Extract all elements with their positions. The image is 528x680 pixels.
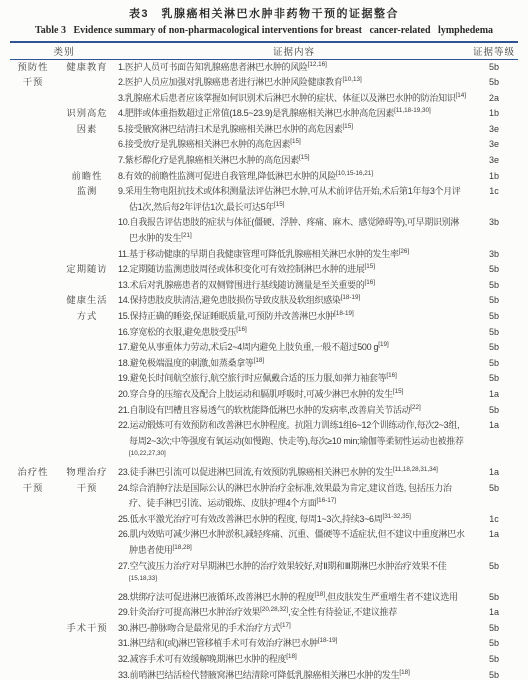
reference-superscript: [16-17] bbox=[316, 497, 336, 504]
evidence-cell: 11.基于移动健康的早期自我健康管理可降低乳腺癌相关淋巴水肿的发生率[26] bbox=[118, 247, 470, 263]
evidence-text: 17.避免从事重体力劳动,术后2~4周内避免上肢负重,一般不超过500 g[19… bbox=[118, 340, 467, 356]
evidence-level-cell: 5b bbox=[470, 340, 518, 356]
evidence-cell: 32.减容手术可有效缓解晚期淋巴水肿的程度[18] bbox=[118, 652, 470, 668]
evidence-cell: 1.医护人员可书面告知乳腺癌患者淋巴水肿的风险[12,16] bbox=[118, 59, 470, 75]
evidence-level-cell: 5b bbox=[470, 481, 518, 512]
evidence-level-cell: 3e bbox=[470, 153, 518, 169]
reference-superscript: [18] bbox=[315, 591, 326, 598]
evidence-text: 23.徒手淋巴引流可以促进淋巴回流,有效预防乳腺癌相关淋巴水肿的发生[11,18… bbox=[118, 465, 467, 481]
evidence-cell: 2.医护人员应加强对乳腺癌患者进行淋巴水肿风险健康教育[10,13] bbox=[118, 75, 470, 91]
evidence-cell: 9.采用生物电阻抗技术或体积测量法评估淋巴水肿,可从术前评估开始,术后第1年每3… bbox=[118, 184, 470, 215]
evidence-level-cell: 5b bbox=[470, 356, 518, 372]
page-title-english: Table 3 Evidence summary of non-pharmaco… bbox=[0, 25, 528, 36]
evidence-text: 22.运动锻炼可有效预防和改善淋巴水肿程度。抗阻力训练1组6~12个训练动作,每… bbox=[118, 418, 467, 465]
evidence-level-cell: 5b bbox=[470, 559, 518, 590]
evidence-level-cell: 1c bbox=[470, 512, 518, 528]
evidence-cell: 31.淋巴结和(或)淋巴管移植手术可有效治疗淋巴水肿[18-19] bbox=[118, 636, 470, 652]
reference-superscript: [14] bbox=[456, 92, 467, 99]
evidence-table: 类别 证据内容 证据等级 预防性 干预健康教育1.医护人员可书面告知乳腺癌患者淋… bbox=[10, 41, 518, 680]
subcategory-cell: 前瞻性 监测 bbox=[56, 169, 118, 263]
evidence-text: 12.定期随访监测患肢周径或体积变化可有效控制淋巴水肿的进展[15] bbox=[118, 262, 467, 278]
evidence-cell: 20.穿合身的压缩衣及配合上肢运动和膈肌呼吸时,可减少淋巴水肿的发生[15] bbox=[118, 387, 470, 403]
reference-superscript: [11,18,28,31,34] bbox=[393, 466, 438, 473]
evidence-text: 30.淋巴-静脉吻合是最常见的手术治疗方式[17] bbox=[118, 621, 467, 637]
evidence-text: 28.烘绑疗法可促进淋巴液循环,改善淋巴水肿的程度[18],但皮肤发生严重增生者… bbox=[118, 590, 467, 606]
reference-superscript: [10,13] bbox=[342, 76, 361, 83]
reference-superscript: [15] bbox=[299, 154, 310, 161]
evidence-level-cell: 1b bbox=[470, 169, 518, 185]
evidence-cell: 5.接受腋窝淋巴结清扫术是乳腺癌相关淋巴水肿的高危因素[15] bbox=[118, 122, 470, 138]
reference-superscript: [16] bbox=[386, 372, 397, 379]
evidence-text: 20.穿合身的压缩衣及配合上肢运动和膈肌呼吸时,可减少淋巴水肿的发生[15] bbox=[118, 387, 467, 403]
evidence-cell: 28.烘绑疗法可促进淋巴液循环,改善淋巴水肿的程度[18],但皮肤发生严重增生者… bbox=[118, 590, 470, 606]
reference-superscript: [15,18,33] bbox=[129, 575, 157, 582]
reference-superscript: [15] bbox=[365, 263, 376, 270]
page-title: 表3 乳腺癌相关淋巴水肿非药物干预的证据整合 bbox=[0, 5, 528, 21]
evidence-cell: 10.自我报告评估患肢的症状与体征(僵硬、浮肿、疼痛、麻木、感觉障碍等),可早期… bbox=[118, 215, 470, 246]
evidence-cell: 16.穿宽松的衣服,避免患肢受压[16] bbox=[118, 325, 470, 341]
evidence-level-cell: 5b bbox=[470, 262, 518, 278]
evidence-level-cell: 5b bbox=[470, 293, 518, 309]
table-row: 前瞻性 监测8.有效的前瞻性监测可促进自我管理,降低淋巴水肿的风险[10,15-… bbox=[10, 169, 518, 185]
evidence-level-cell: 3b bbox=[470, 247, 518, 263]
table-header: 类别 证据内容 证据等级 bbox=[10, 42, 518, 59]
evidence-text: 21.自制设有凹槽且容易透气的软枕能降低淋巴水肿的发病率,改善肩关节活动[22] bbox=[118, 403, 467, 419]
reference-superscript: [15] bbox=[342, 123, 353, 130]
evidence-cell: 4.肥胖或体重指数超过正常值(18.5~23.9)是乳腺癌相关淋巴水肿高危因素[… bbox=[118, 106, 470, 122]
reference-superscript: [15] bbox=[274, 201, 285, 208]
evidence-level-cell: 5b bbox=[470, 278, 518, 294]
evidence-level-cell: 1a bbox=[470, 418, 518, 465]
evidence-level-cell: 5b bbox=[470, 75, 518, 91]
reference-superscript: [18,28] bbox=[173, 544, 192, 551]
evidence-text: 2.医护人员应加强对乳腺癌患者进行淋巴水肿风险健康教育[10,13] bbox=[118, 75, 467, 91]
evidence-level-cell: 5b bbox=[470, 621, 518, 637]
reference-superscript: [15] bbox=[393, 388, 404, 395]
evidence-text: 26.肌内效贴可减少淋巴水肿淤积,减轻疼痛、沉重、僵硬等不适症状,但不建议中重度… bbox=[118, 527, 467, 558]
evidence-cell: 30.淋巴-静脉吻合是最常见的手术治疗方式[17] bbox=[118, 621, 470, 637]
evidence-level-cell: 5b bbox=[470, 636, 518, 652]
evidence-level-cell: 3e bbox=[470, 122, 518, 138]
table-row: 手术干预30.淋巴-静脉吻合是最常见的手术治疗方式[17]5b bbox=[10, 621, 518, 637]
reference-superscript: [16] bbox=[365, 279, 376, 286]
reference-superscript: [17] bbox=[280, 622, 291, 629]
evidence-level-cell: 1c bbox=[470, 184, 518, 215]
evidence-cell: 15.保持正确的睡姿,保证睡眠质量,可预防并改善淋巴水肿[18-19] bbox=[118, 309, 470, 325]
evidence-level-cell: 5b bbox=[470, 309, 518, 325]
evidence-text: 4.肥胖或体重指数超过正常值(18.5~23.9)是乳腺癌相关淋巴水肿高危因素[… bbox=[118, 106, 467, 122]
evidence-text: 16.穿宽松的衣服,避免患肢受压[16] bbox=[118, 325, 467, 341]
subcategory-cell: 手术干预 bbox=[56, 621, 118, 680]
reference-superscript: [19] bbox=[378, 341, 389, 348]
evidence-level-cell: 5b bbox=[470, 371, 518, 387]
subcategory-cell: 物理治疗 干预 bbox=[56, 465, 118, 621]
reference-superscript: [10,15-16,21] bbox=[336, 170, 373, 177]
evidence-cell: 7.紫杉醇化疗是乳腺癌相关淋巴水肿的高危因素[15] bbox=[118, 153, 470, 169]
subcategory-cell: 健康生活 方式 bbox=[56, 293, 118, 465]
evidence-level-cell: 5b bbox=[470, 668, 518, 680]
evidence-cell: 19.避免长时间航空旅行,航空旅行时应佩戴合适的压力服,如弹力袖套等[16] bbox=[118, 371, 470, 387]
header-row: 类别 证据内容 证据等级 bbox=[10, 42, 518, 59]
evidence-level-cell: 5b bbox=[470, 403, 518, 419]
reference-superscript: [31-32,35] bbox=[382, 513, 410, 520]
evidence-level-cell: 3b bbox=[470, 215, 518, 246]
evidence-level-cell: 5b bbox=[470, 652, 518, 668]
evidence-text: 24.综合消肿疗法是国际公认的淋巴水肿治疗金标准,效果最为肯定,建议首选, 包括… bbox=[118, 481, 467, 512]
evidence-text: 33.前哨淋巴结活检代替腋窝淋巴结清除可降低乳腺癌相关淋巴水肿的发生[18] bbox=[118, 668, 467, 680]
evidence-cell: 3.乳腺癌术后患者应该掌握如何识别术后淋巴水肿的症状、体征以及淋巴水肿的防治知识… bbox=[118, 91, 470, 107]
evidence-text: 27.空气波压力治疗对早期淋巴水肿的治疗效果较好,对Ⅱ期和Ⅲ期淋巴水肿治疗效果不… bbox=[118, 559, 467, 590]
reference-superscript: [21] bbox=[181, 232, 192, 239]
evidence-text: 18.避免极端温度的刺激,如蒸桑拿等[18] bbox=[118, 356, 467, 372]
reference-superscript: [18-19] bbox=[341, 294, 361, 301]
table-row: 治疗性 干预物理治疗 干预23.徒手淋巴引流可以促进淋巴回流,有效预防乳腺癌相关… bbox=[10, 465, 518, 481]
table-row: 定期随访12.定期随访监测患肢周径或体积变化可有效控制淋巴水肿的进展[15]5b bbox=[10, 262, 518, 278]
evidence-text: 9.采用生物电阻抗技术或体积测量法评估淋巴水肿,可从术前评估开始,术后第1年每3… bbox=[118, 184, 467, 215]
subcategory-cell: 健康教育 bbox=[56, 59, 118, 106]
reference-superscript: [18] bbox=[254, 357, 265, 364]
evidence-level-cell: 3e bbox=[470, 137, 518, 153]
evidence-level-cell: 5b bbox=[470, 325, 518, 341]
evidence-text: 29.针灸治疗可提高淋巴水肿治疗效果[20,28,32],安全性有待验证,不建议… bbox=[118, 605, 467, 621]
evidence-cell: 8.有效的前瞻性监测可促进自我管理,降低淋巴水肿的风险[10,15-16,21] bbox=[118, 169, 470, 185]
evidence-level-cell: 2a bbox=[470, 91, 518, 107]
reference-superscript: [22] bbox=[410, 404, 421, 411]
evidence-level-cell: 1a bbox=[470, 465, 518, 481]
evidence-level-cell: 1a bbox=[470, 605, 518, 621]
table-row: 预防性 干预健康教育1.医护人员可书面告知乳腺癌患者淋巴水肿的风险[12,16]… bbox=[10, 59, 518, 75]
reference-superscript: [11,18-19,30] bbox=[394, 107, 431, 114]
reference-superscript: [16] bbox=[236, 326, 247, 333]
evidence-text: 13.术后对乳腺癌患者的双侧臂围进行基线随访测量是至关重要的[16] bbox=[118, 278, 467, 294]
subcategory-cell: 识别高危 因素 bbox=[56, 106, 118, 168]
evidence-table-body: 预防性 干预健康教育1.医护人员可书面告知乳腺癌患者淋巴水肿的风险[12,16]… bbox=[10, 59, 518, 680]
table-row: 健康生活 方式14.保持患肢皮肤清洁,避免患肢损伤导致皮肤及软组织感染[18-1… bbox=[10, 293, 518, 309]
reference-superscript: [26] bbox=[399, 248, 410, 255]
evidence-cell: 25.低水平激光治疗可有效改善淋巴水肿的程度, 每周1~3次,持续3~6周[31… bbox=[118, 512, 470, 528]
reference-superscript: [18] bbox=[286, 653, 297, 660]
evidence-text: 5.接受腋窝淋巴结清扫术是乳腺癌相关淋巴水肿的高危因素[15] bbox=[118, 122, 467, 138]
evidence-text: 3.乳腺癌术后患者应该掌握如何识别术后淋巴水肿的症状、体征以及淋巴水肿的防治知识… bbox=[118, 91, 467, 107]
reference-superscript: [18-19] bbox=[318, 637, 338, 644]
evidence-text: 10.自我报告评估患肢的症状与体征(僵硬、浮肿、疼痛、麻木、感觉障碍等),可早期… bbox=[118, 215, 467, 246]
evidence-text: 8.有效的前瞻性监测可促进自我管理,降低淋巴水肿的风险[10,15-16,21] bbox=[118, 169, 467, 185]
evidence-cell: 13.术后对乳腺癌患者的双侧臂围进行基线随访测量是至关重要的[16] bbox=[118, 278, 470, 294]
category-cell: 治疗性 干预 bbox=[10, 465, 56, 680]
evidence-cell: 17.避免从事重体力劳动,术后2~4周内避免上肢负重,一般不超过500 g[19… bbox=[118, 340, 470, 356]
evidence-level-cell: 5b bbox=[470, 59, 518, 75]
evidence-level-cell: 1a bbox=[470, 387, 518, 403]
evidence-text: 1.医护人员可书面告知乳腺癌患者淋巴水肿的风险[12,16] bbox=[118, 60, 467, 76]
evidence-text: 31.淋巴结和(或)淋巴管移植手术可有效治疗淋巴水肿[18-19] bbox=[118, 636, 467, 652]
table-row: 识别高危 因素4.肥胖或体重指数超过正常值(18.5~23.9)是乳腺癌相关淋巴… bbox=[10, 106, 518, 122]
evidence-cell: 18.避免极端温度的刺激,如蒸桑拿等[18] bbox=[118, 356, 470, 372]
evidence-cell: 22.运动锻炼可有效预防和改善淋巴水肿程度。抗阻力训练1组6~12个训练动作,每… bbox=[118, 418, 470, 465]
evidence-cell: 27.空气波压力治疗对早期淋巴水肿的治疗效果较好,对Ⅱ期和Ⅲ期淋巴水肿治疗效果不… bbox=[118, 559, 470, 590]
evidence-text: 25.低水平激光治疗可有效改善淋巴水肿的程度, 每周1~3次,持续3~6周[31… bbox=[118, 512, 467, 528]
evidence-text: 32.减容手术可有效缓解晚期淋巴水肿的程度[18] bbox=[118, 652, 467, 668]
evidence-text: 14.保持患肢皮肤清洁,避免患肢损伤导致皮肤及软组织感染[18-19] bbox=[118, 293, 467, 309]
evidence-text: 19.避免长时间航空旅行,航空旅行时应佩戴合适的压力服,如弹力袖套等[16] bbox=[118, 371, 467, 387]
evidence-cell: 12.定期随访监测患肢周径或体积变化可有效控制淋巴水肿的进展[15] bbox=[118, 262, 470, 278]
table-titles: 表3 乳腺癌相关淋巴水肿非药物干预的证据整合 Table 3 Evidence … bbox=[0, 0, 528, 36]
evidence-text: 6.接受放疗是乳腺癌相关淋巴水肿的高危因素[15] bbox=[118, 137, 467, 153]
reference-superscript: [15] bbox=[290, 138, 301, 145]
evidence-cell: 26.肌内效贴可减少淋巴水肿淤积,减轻疼痛、沉重、僵硬等不适症状,但不建议中重度… bbox=[118, 527, 470, 558]
reference-superscript: [18-19] bbox=[334, 310, 354, 317]
column-header-category: 类别 bbox=[10, 42, 118, 59]
reference-superscript: [20,28,32] bbox=[260, 606, 288, 613]
evidence-cell: 33.前哨淋巴结活检代替腋窝淋巴结清除可降低乳腺癌相关淋巴水肿的发生[18] bbox=[118, 668, 470, 680]
evidence-level-cell: 5b bbox=[470, 590, 518, 606]
evidence-level-cell: 1a bbox=[470, 527, 518, 558]
column-header-content: 证据内容 bbox=[118, 42, 470, 59]
evidence-text: 7.紫杉醇化疗是乳腺癌相关淋巴水肿的高危因素[15] bbox=[118, 153, 467, 169]
evidence-cell: 21.自制设有凹槽且容易透气的软枕能降低淋巴水肿的发病率,改善肩关节活动[22] bbox=[118, 403, 470, 419]
reference-superscript: [10,22,27,30] bbox=[129, 450, 166, 457]
evidence-text: 15.保持正确的睡姿,保证睡眠质量,可预防并改善淋巴水肿[18-19] bbox=[118, 309, 467, 325]
category-cell: 预防性 干预 bbox=[10, 59, 56, 465]
reference-superscript: [12,16] bbox=[308, 61, 327, 68]
evidence-text: 11.基于移动健康的早期自我健康管理可降低乳腺癌相关淋巴水肿的发生率[26] bbox=[118, 247, 467, 263]
evidence-cell: 24.综合消肿疗法是国际公认的淋巴水肿治疗金标准,效果最为肯定,建议首选, 包括… bbox=[118, 481, 470, 512]
evidence-cell: 6.接受放疗是乳腺癌相关淋巴水肿的高危因素[15] bbox=[118, 137, 470, 153]
column-header-level: 证据等级 bbox=[470, 42, 518, 59]
evidence-level-cell: 1b bbox=[470, 106, 518, 122]
evidence-cell: 23.徒手淋巴引流可以促进淋巴回流,有效预防乳腺癌相关淋巴水肿的发生[11,18… bbox=[118, 465, 470, 481]
reference-superscript: [18] bbox=[399, 669, 410, 676]
subcategory-cell: 定期随访 bbox=[56, 262, 118, 293]
evidence-cell: 29.针灸治疗可提高淋巴水肿治疗效果[20,28,32],安全性有待验证,不建议… bbox=[118, 605, 470, 621]
evidence-cell: 14.保持患肢皮肤清洁,避免患肢损伤导致皮肤及软组织感染[18-19] bbox=[118, 293, 470, 309]
